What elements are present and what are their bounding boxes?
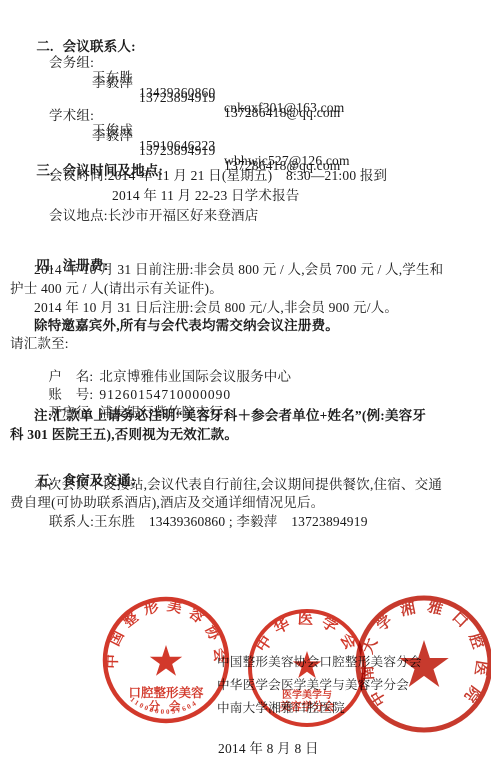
stamp-inner-line1: 口腔整形美容 [128, 685, 204, 700]
star-icon [399, 640, 448, 687]
meeting-time-line: 会议时间:2014 年 11 月 21 日(星期五) 8:30—21:00 报到 [49, 168, 387, 183]
stamp-xiangya-seal: 中南大学湘雅口腔医院 [352, 592, 491, 738]
stamp-ring-text: 中华医学会 [252, 610, 364, 659]
document-date: 2014 年 8 月 8 日 [218, 741, 319, 756]
fee-mandatory-note: 除特邀嘉宾外,所有与会代表均需交纳会议注册费。 [34, 318, 339, 333]
stamp-cma-seal: 中华医学会 医学美学与 美容学分会 [246, 606, 368, 732]
remit-note-line1: 注:汇款单上请务必注明“美容牙科＋参会者单位+姓名”(例:美容牙 [34, 408, 426, 423]
fee-before-line1: 2014 年 10 月 31 日前注册:非会员 800 元 / 人,会员 700… [34, 262, 443, 277]
remit-note-line2: 科 301 医院王五),否则视为无效汇款。 [10, 427, 238, 442]
remit-to-label: 请汇款至: [10, 336, 69, 351]
contact-name: 李毅萍 [92, 75, 133, 90]
fee-after-line: 2014 年 10 月 31 日后注册:会员 800 元/人,非会员 900 元… [34, 300, 398, 315]
stamp-inner-line1: 医学美学与 [282, 688, 332, 701]
lodging-line2: 费自理(可协助联系酒店),酒店及交通详细情况见后。 [10, 495, 324, 510]
fee-before-line2: 护士 400 元 / 人(请出示有关证件)。 [10, 281, 223, 296]
stamp-inner-line2: 美容学分会 [280, 699, 335, 713]
lodging-contact-line: 联系人:王东胜 13439360860 ; 李毅萍 13723894919 [49, 514, 368, 529]
meeting-place-line: 会议地点:长沙市开福区好来登酒店 [49, 208, 258, 223]
conference-notice-document: 二.会议联系人: 会务组: 王东胜 13439360860 cnkqxf301@… [0, 0, 491, 776]
stamp-capa-seal: 中国整形美容协会 口腔整形美容 分 会 1100000057604 [99, 594, 233, 730]
meeting-time-line2: 2014 年 11 月 22-23 日学术报告 [112, 188, 299, 203]
star-icon [293, 651, 322, 678]
lodging-line1: 本次会议不设接站,会议代表自行前往,会议期间提供餐饮,住宿、交通 [34, 477, 442, 492]
contact-name: 李毅萍 [92, 128, 133, 143]
star-icon [150, 645, 182, 676]
